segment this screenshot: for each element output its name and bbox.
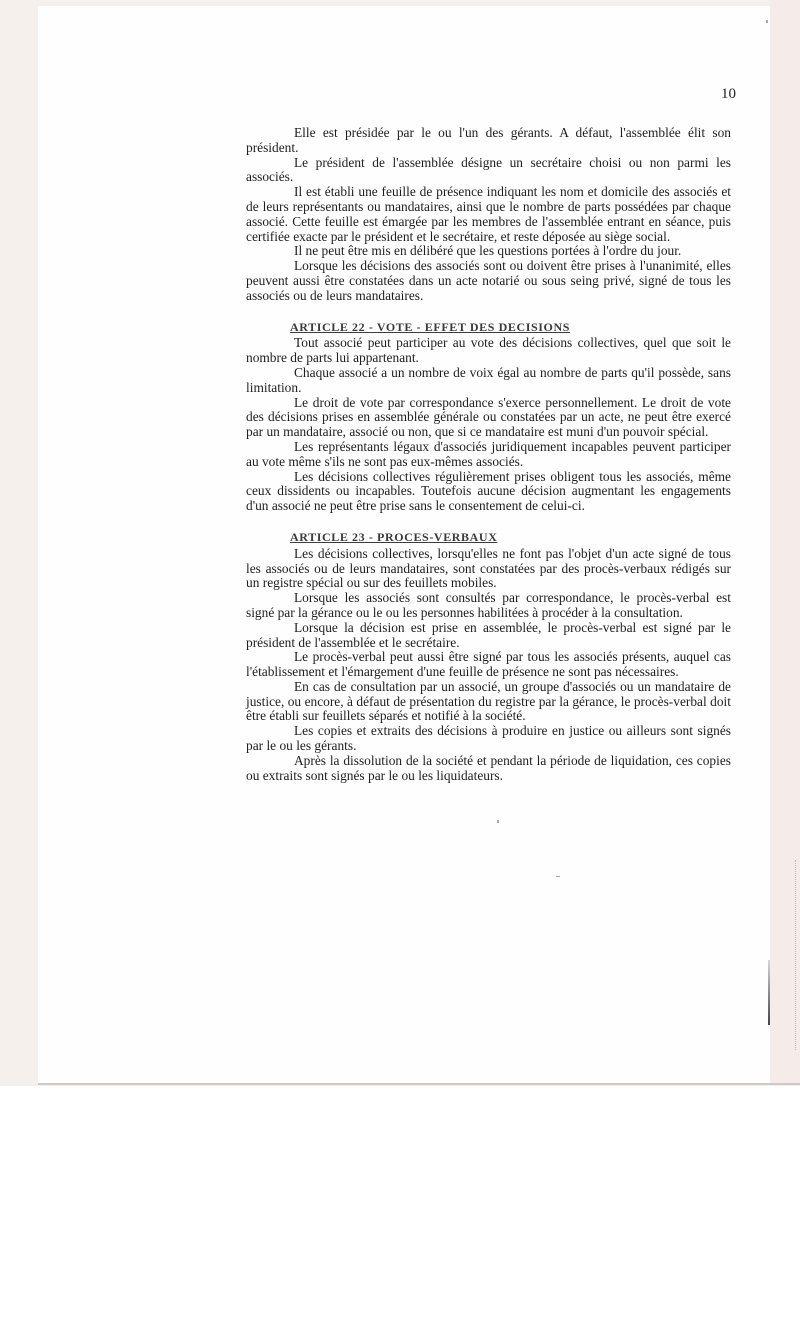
- paragraph: Les copies et extraits des décisions à p…: [246, 724, 731, 754]
- scan-speck: [497, 820, 499, 823]
- margin-pen-mark: [768, 960, 770, 1025]
- paragraph: Les décisions collectives, lorsqu'elles …: [246, 547, 731, 591]
- paragraph: Après la dissolution de la société et pe…: [246, 754, 731, 784]
- page-bottom-edge: [38, 1083, 800, 1085]
- document-body: Elle est présidée par le ou l'un des gér…: [246, 126, 731, 783]
- margin-dotted-line: [795, 860, 797, 1050]
- paragraph: Lorsque la décision est prise en assembl…: [246, 621, 731, 651]
- paragraph: En cas de consultation par un associé, u…: [246, 680, 731, 724]
- paragraph: Lorsque les décisions des associés sont …: [246, 259, 731, 303]
- paragraph: Les décisions collectives régulièrement …: [246, 470, 731, 514]
- paragraph: Chaque associé a un nombre de voix égal …: [246, 366, 731, 396]
- scan-speck: [556, 876, 560, 877]
- paragraph: Le procès-verbal peut aussi être signé p…: [246, 650, 731, 680]
- paragraph: Tout associé peut participer au vote des…: [246, 336, 731, 366]
- article-23-heading: ARTICLE 23 - PROCES-VERBAUX: [290, 530, 731, 545]
- article-22-heading: ARTICLE 22 - VOTE - EFFET DES DECISIONS: [290, 320, 731, 335]
- scan-speck: [766, 20, 768, 23]
- paragraph: Les représentants légaux d'associés juri…: [246, 440, 731, 470]
- paragraph: Il ne peut être mis en délibéré que les …: [246, 244, 731, 259]
- paragraph: Le droit de vote par correspondance s'ex…: [246, 396, 731, 440]
- paragraph: Lorsque les associés sont consultés par …: [246, 591, 731, 621]
- paragraph: Le président de l'assemblée désigne un s…: [246, 156, 731, 186]
- page-number: 10: [721, 86, 736, 103]
- paragraph: Il est établi une feuille de présence in…: [246, 185, 731, 244]
- paragraph: Elle est présidée par le ou l'un des gér…: [246, 126, 731, 156]
